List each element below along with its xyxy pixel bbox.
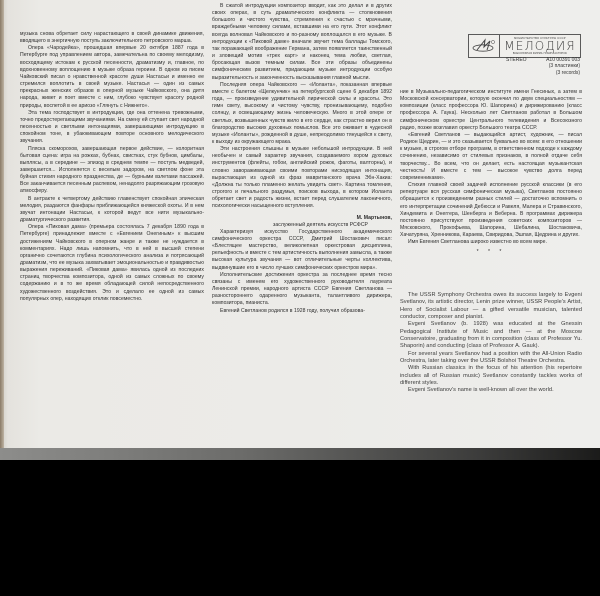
paragraph: The USSR Symphony Orchestra owes its suc… xyxy=(400,292,582,321)
paragraph: Стихия главной своей задачей исполнение … xyxy=(400,182,582,239)
author-signature: М. Мартынов, заслуженный деятель искусст… xyxy=(212,215,392,229)
paragraph: Имя Евгения Светланова широко известно в… xyxy=(400,239,582,246)
catalog-info: STEREO А10 00391 003 (3 пластинки) (3 re… xyxy=(506,57,580,76)
melodiya-logo-icon xyxy=(469,35,500,57)
paragraph: Характеризуя искусство Государственного … xyxy=(212,229,392,272)
column-1-russian-text: музыка снова обретает силу нарастающего … xyxy=(20,31,204,303)
paragraph: Опера «Пиковая дама» (премьера состоялас… xyxy=(20,224,204,303)
paragraph: музыка снова обретает силу нарастающего … xyxy=(20,31,204,45)
paragraph: With Russian classics in the focus of hi… xyxy=(400,365,582,387)
stereo-label: STEREO xyxy=(506,57,527,63)
column-3-english-text: The USSR Symphony Orchestra owes its suc… xyxy=(400,292,582,395)
paragraph: Исполнительские достижения оркестра за п… xyxy=(212,272,392,308)
firm-text: ВСЕСОЮЗНАЯ ФИРМА ГРАМПЛАСТИНОК xyxy=(513,52,567,55)
paragraph: Evgeni Svetlanov's name is well-known al… xyxy=(400,387,582,394)
paragraph: В сжатой интродукции композитор вводит, … xyxy=(212,3,392,82)
paragraph: Эта тема господствует в интродукции, где… xyxy=(20,110,204,146)
liner-notes-page: музыка снова обретает силу нарастающего … xyxy=(0,0,600,452)
paragraph: Пляска скоморохов, завершающая первое де… xyxy=(20,146,204,196)
paragraph: Эти настроения слышны в музыке небольшой… xyxy=(212,146,392,210)
page-edge-shadow xyxy=(0,448,600,460)
records-count-en: (3 records) xyxy=(506,70,580,76)
column-2-russian-text: В сжатой интродукции композитор вводит, … xyxy=(212,3,392,315)
author-name: М. Мартынов, xyxy=(212,215,392,222)
paragraph: В антракте к четвертому действию главенс… xyxy=(20,196,204,225)
paragraph: For several years Svetlanov had a positi… xyxy=(400,351,582,366)
column-3-russian-text: ние в Музыкально-педагогическом институт… xyxy=(400,89,582,260)
page-binding xyxy=(0,0,4,452)
paragraph: Евгений Светланов родился в 1928 году, п… xyxy=(212,308,392,315)
section-separator: * * * xyxy=(400,249,582,256)
paragraph: Опера «Чародейка», прошедшая впервые 20 … xyxy=(20,45,204,109)
paragraph: «Евгений Светланов — выдающийся артист, … xyxy=(400,132,582,182)
author-title: заслуженный деятель искусств РСФСР xyxy=(212,222,392,229)
melodiya-label: МИНИСТЕРСТВО КУЛЬТУРЫ СССР МЕЛОДИЯ ВСЕСО… xyxy=(468,34,581,58)
paragraph: ние в Музыкально-педагогическом институт… xyxy=(400,89,582,132)
paragraph: Evgeni Svetlanov (b. 1928) was educated … xyxy=(400,321,582,350)
brand-name: МЕЛОДИЯ xyxy=(504,40,576,52)
paragraph: Последняя опера Чайковского — «Иоланта»,… xyxy=(212,82,392,146)
